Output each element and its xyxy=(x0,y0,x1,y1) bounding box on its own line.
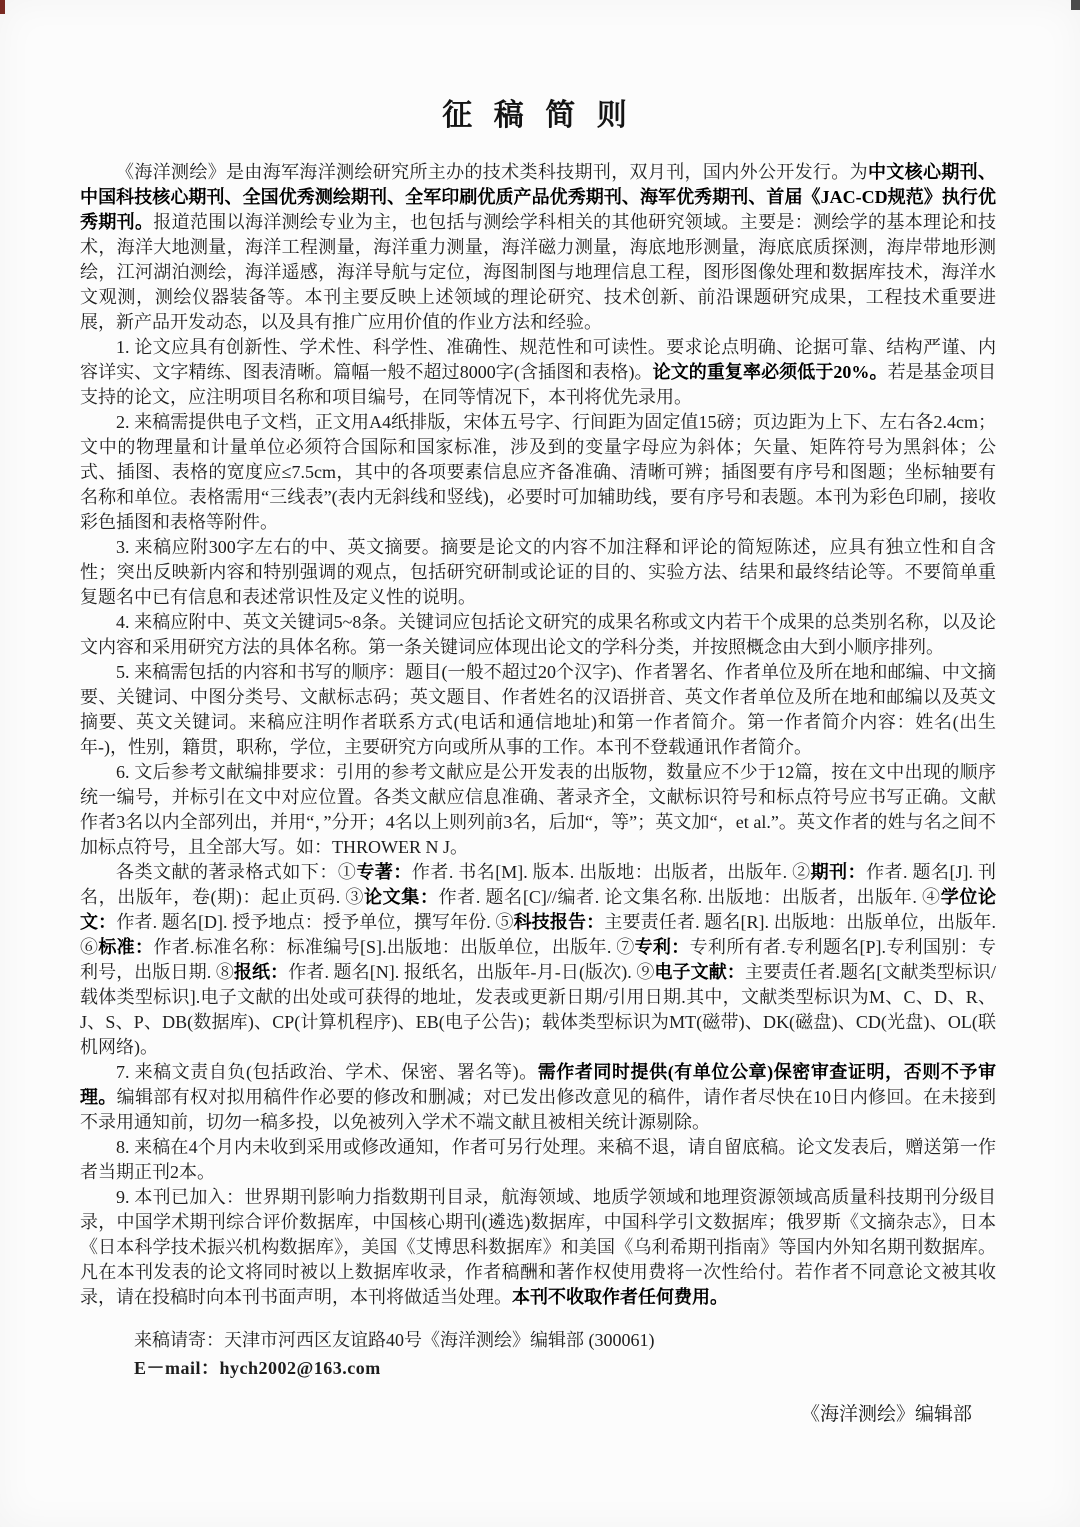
paragraph-11: 9. 本刊已加入：世界期刊影响力指数期刊目录，航海领域、地质学领域和地理资源领域… xyxy=(80,1185,996,1310)
scan-artifact-top-left xyxy=(0,0,5,14)
paragraph-4: 3. 来稿应附300字左右的中、英文摘要。摘要是论文的内容不加注释和评论的简短陈… xyxy=(80,535,996,610)
email-address: E－mail：hych2002@163.com xyxy=(80,1354,996,1382)
paragraph-2: 1. 论文应具有创新性、学术性、科学性、准确性、规范性和可读性。要求论点明确、论… xyxy=(80,335,996,410)
mailing-address: 来稿请寄：天津市河西区友谊路40号《海洋测绘》编辑部 (300061) xyxy=(80,1326,996,1354)
paragraph-9: 7. 来稿文责自负(包括政治、学术、保密、署名等)。需作者同时提供(有单位公章)… xyxy=(80,1060,996,1135)
scan-artifact-top-right xyxy=(1071,0,1080,10)
paragraph-1: 《海洋测绘》是由海军海洋测绘研究所主办的技术类科技期刊，双月刊，国内外公开发行。… xyxy=(80,160,996,335)
editorial-signature: 《海洋测绘》编辑部 xyxy=(80,1402,972,1428)
paragraph-6: 5. 来稿需包括的内容和书写的顺序：题目(一般不超过20个汉字)、作者署名、作者… xyxy=(80,660,996,760)
document-page: 征 稿 简 则 《海洋测绘》是由海军海洋测绘研究所主办的技术类科技期刊，双月刊，… xyxy=(0,0,1080,1527)
footer-block: 来稿请寄：天津市河西区友谊路40号《海洋测绘》编辑部 (300061) E－ma… xyxy=(80,1326,996,1382)
paragraph-7: 6. 文后参考文献编排要求：引用的参考文献应是公开发表的出版物，数量应不少于12… xyxy=(80,760,996,860)
paragraph-8: 各类文献的著录格式如下：①专著：作者. 书名[M]. 版本. 出版地：出版者，出… xyxy=(80,860,996,1060)
paragraph-10: 8. 来稿在4个月内未收到采用或修改通知，作者可另行处理。来稿不退，请自留底稿。… xyxy=(80,1135,996,1185)
document-content: 征 稿 简 则 《海洋测绘》是由海军海洋测绘研究所主办的技术类科技期刊，双月刊，… xyxy=(80,0,996,1428)
body-paragraphs: 《海洋测绘》是由海军海洋测绘研究所主办的技术类科技期刊，双月刊，国内外公开发行。… xyxy=(80,160,996,1310)
paragraph-3: 2. 来稿需提供电子文档，正文用A4纸排版，宋体五号字、行间距为固定值15磅；页… xyxy=(80,410,996,535)
paragraph-5: 4. 来稿应附中、英文关键词5~8条。关键词应包括论文研究的成果名称或文内若干个… xyxy=(80,610,996,660)
page-title: 征 稿 简 则 xyxy=(80,90,996,134)
